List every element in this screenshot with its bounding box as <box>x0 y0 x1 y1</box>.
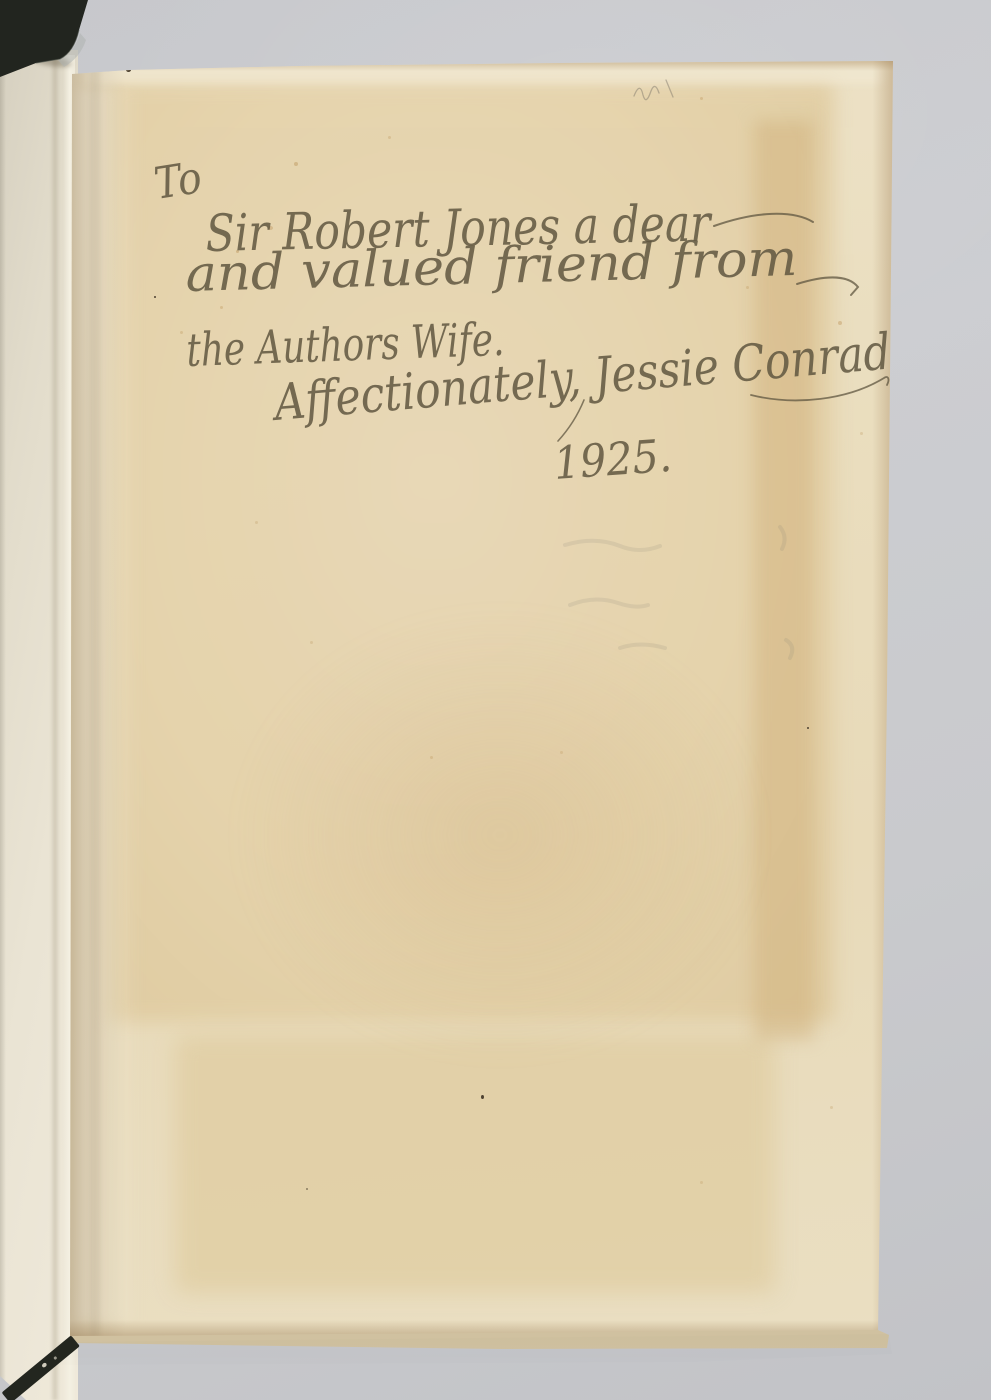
inscription-line-to: To <box>151 152 205 210</box>
inscription-year: 1925. <box>552 429 673 490</box>
flourish-after-from <box>797 278 858 295</box>
pencil-notation <box>666 80 673 97</box>
erased-pencil-smudge <box>620 645 665 649</box>
erased-pencil-smudge <box>786 640 792 658</box>
book-photo: To Sir Robert Jones a dear and valued fr… <box>0 0 991 1400</box>
erased-pencil-smudge <box>570 599 648 606</box>
inscription-layer: To Sir Robert Jones a dear and valued fr… <box>0 0 991 1400</box>
flourish-after-dear <box>714 214 813 226</box>
erased-pencil-smudge <box>565 541 660 550</box>
erased-pencil-smudge <box>780 527 785 549</box>
pencil-notation <box>634 86 659 99</box>
